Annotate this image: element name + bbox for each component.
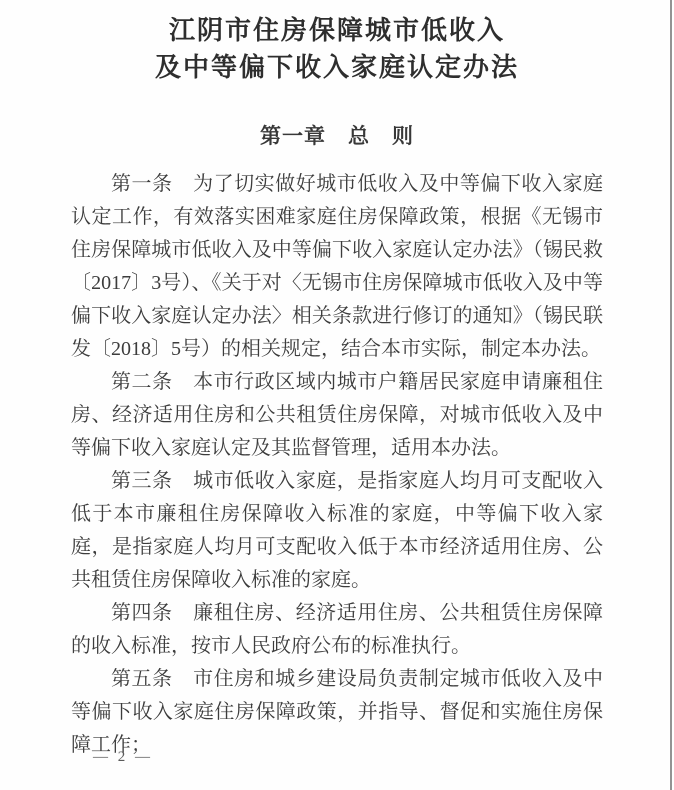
scanned-document-page: 江阴市住房保障城市低收入 及中等偏下收入家庭认定办法 第一章 总 则 第一条 为… xyxy=(0,0,674,790)
document-body: 第一条 为了切实做好城市低收入及中等偏下收入家庭认定工作，有效落实困难家庭住房保… xyxy=(71,168,603,762)
paragraph-article-3: 第三条 城市低收入家庭，是指家庭人均月可支配收入低于本市廉租住房保障收入标准的家… xyxy=(71,465,603,597)
document-title-line-2: 及中等偏下收入家庭认定办法 xyxy=(0,49,674,86)
paragraph-article-4: 第四条 廉租住房、经济适用住房、公共租赁住房保障的收入标准，按市人民政府公布的标… xyxy=(71,597,603,663)
paragraph-article-1: 第一条 为了切实做好城市低收入及中等偏下收入家庭认定工作，有效落实困难家庭住房保… xyxy=(71,168,603,366)
document-title: 江阴市住房保障城市低收入 及中等偏下收入家庭认定办法 xyxy=(0,0,674,86)
scan-edge-line xyxy=(670,0,672,790)
page-number: — 2 — xyxy=(93,749,153,766)
paragraph-article-2: 第二条 本市行政区域内城市户籍居民家庭申请廉租住房、经济适用住房和公共租赁住房保… xyxy=(71,366,603,465)
paragraph-article-5: 第五条 市住房和城乡建设局负责制定城市低收入及中等偏下收入家庭住房保障政策，并指… xyxy=(71,663,603,762)
document-title-line-1: 江阴市住房保障城市低收入 xyxy=(0,12,674,49)
chapter-heading: 第一章 总 则 xyxy=(0,120,674,150)
